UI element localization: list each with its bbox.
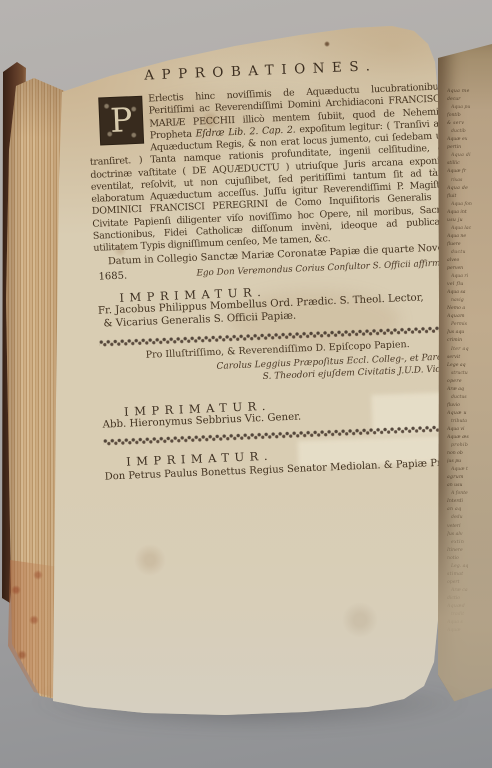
index-line: non ob xyxy=(447,450,489,458)
index-line: opere xyxy=(447,378,489,386)
index-line: Aqua int xyxy=(447,209,489,217)
index-line: Aquæ u xyxy=(447,410,489,418)
index-line: agrum xyxy=(447,474,489,482)
index-line: fontib xyxy=(447,112,489,120)
index-line: Aquæ fr xyxy=(447,168,489,176)
dropcap-initial: P xyxy=(99,97,143,145)
approbation-paragraph: P Erlectis hinc noviſſimis de Aquæductu … xyxy=(87,81,449,255)
index-line: alveo xyxy=(447,257,489,265)
index-line: Nemo a xyxy=(447,305,489,313)
index-line: Iter aq xyxy=(451,346,489,354)
index-line: Aqua pu xyxy=(451,104,489,112)
index-line: stillic xyxy=(447,160,489,168)
year: 1685. xyxy=(98,271,127,283)
index-line: Aqua lac xyxy=(451,225,489,233)
index-line: perven xyxy=(447,265,489,273)
index-line: Aquæ æs xyxy=(447,434,489,442)
book-photo: Aqua medecurAqua pufontib& servductibAqu… xyxy=(0,0,492,768)
index-line: usu ju xyxy=(447,217,489,225)
index-line: Aqua de xyxy=(447,185,489,193)
index-line: Aræ aq xyxy=(447,386,489,394)
index-line: prohib xyxy=(451,442,489,450)
index-line: navig xyxy=(451,297,489,305)
approbationes-page: APPROBATIONES. P Erlectis hinc noviſſimi… xyxy=(0,0,492,768)
index-line: structu xyxy=(451,370,489,378)
printed-text-block: APPROBATIONES. P Erlectis hinc noviſſimi… xyxy=(86,53,459,482)
index-line: Permis xyxy=(451,321,489,329)
index-line: Aqua ne xyxy=(447,233,489,241)
index-fade xyxy=(438,482,492,708)
paragraph-text: expoſitum legitur: ( Tranſivi ad Aquæduc… xyxy=(90,118,449,254)
index-line: servit xyxy=(447,354,489,362)
index-line: Aquam xyxy=(447,313,489,321)
page-title: APPROBATIONES. xyxy=(144,55,442,83)
index-line: Aqua sa xyxy=(447,289,489,297)
index-line: jus pu xyxy=(447,458,489,466)
index-line: fluvio xyxy=(447,402,489,410)
index-line: Jus aqu xyxy=(447,329,489,337)
index-line: Lege aq xyxy=(447,362,489,370)
index-line: pertin xyxy=(447,144,489,152)
index-line: & serv xyxy=(447,120,489,128)
index-line: Aqua ri xyxy=(451,273,489,281)
index-line: ductib xyxy=(451,128,489,136)
index-line: fluit xyxy=(447,193,489,201)
index-line: ductus xyxy=(451,394,489,402)
index-line: Aqua fon xyxy=(451,201,489,209)
index-line: rixas xyxy=(451,177,489,185)
index-line: Aquæ ex xyxy=(447,136,489,144)
index-line: Aqua me xyxy=(447,88,489,96)
index-line: tributa xyxy=(451,418,489,426)
index-line: ductu xyxy=(451,249,489,257)
index-line: fluere xyxy=(447,241,489,249)
index-line: Aqua vi xyxy=(447,426,489,434)
index-line: Aquæ t xyxy=(451,466,489,474)
index-line: crimin xyxy=(447,337,489,345)
index-line: Aqua di xyxy=(451,152,489,160)
index-line: vel flu xyxy=(447,281,489,289)
right-page-edge: Aqua medecurAqua pufontib& servductibAqu… xyxy=(438,44,492,708)
index-line: decur xyxy=(447,96,489,104)
